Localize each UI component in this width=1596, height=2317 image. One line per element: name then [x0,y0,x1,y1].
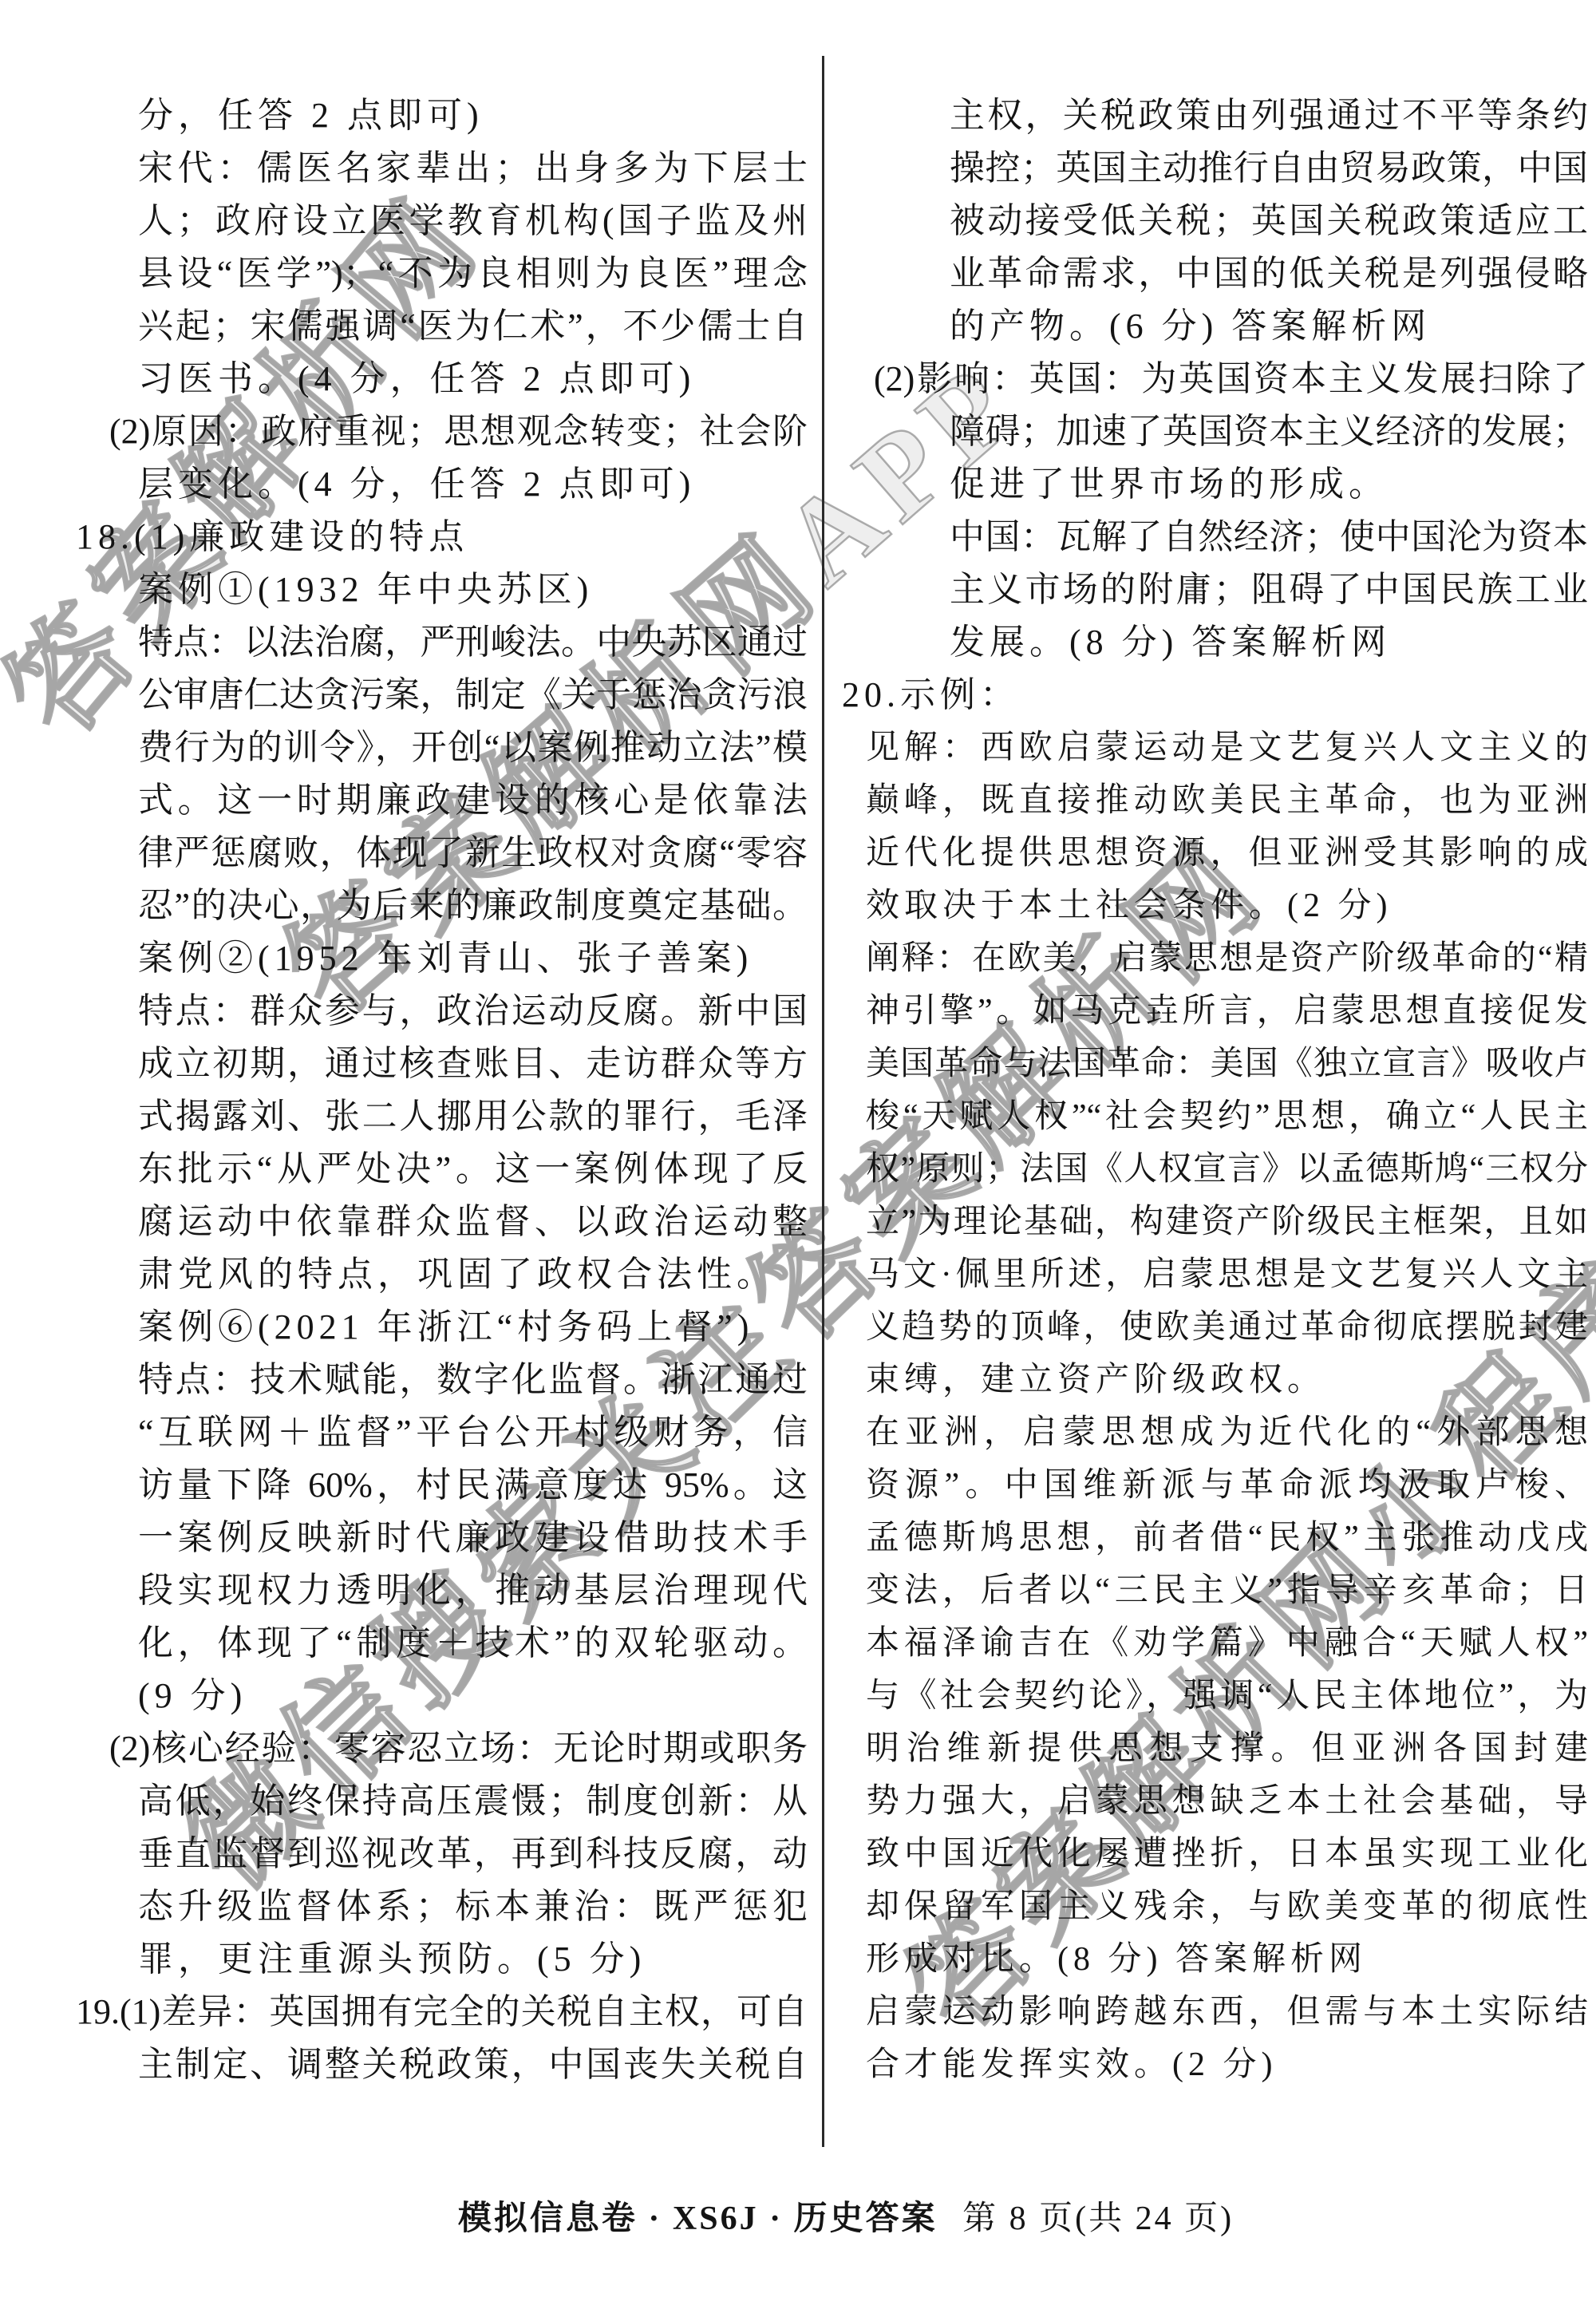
text-line: 特点：以法治腐，严刑峻法。中央苏区通过 [138,616,808,669]
text-line: 阐释：在欧美，启蒙思想是资产阶级革命的“精 [866,932,1588,985]
text-line: 垂直监督到巡视改革，再到科技反腐，动 [138,1828,808,1880]
text-line: 肃党风的特点，巩固了政权合法性。 [138,1248,808,1301]
text-line: 合才能发挥实效。(2 分) [866,2038,1588,2091]
text-line: 成立初期，通过核查账目、走访群众等方 [138,1038,808,1090]
text-line: 案例①(1932 年中央苏区) [138,563,808,616]
text-line: 巅峰，既直接推动欧美民主革命，也为亚洲 [866,774,1588,827]
text-line: 县设“医学”)；“不为良相则为良医”理念 [138,247,808,300]
text-line: 访量下降 60%，村民满意度达 95%。这 [138,1459,808,1512]
text-line: 变法，后者以“三民主义”指导辛亥革命；日 [866,1564,1588,1617]
text-line: 却保留军国主义残余，与欧美变革的彻底性 [866,1880,1588,1933]
footer-title: 模拟信息卷 · XS6J · 历史答案 [458,2200,938,2237]
text-line: 孟德斯鸠思想，前者借“民权”主张推动戊戌 [866,1512,1588,1564]
text-line: 近代化提供思想资源，但亚洲受其影响的成 [866,827,1588,880]
text-line: 20.示例： [842,669,1588,722]
text-line: (2)影响：英国：为英国资本主义发展扫除了 [874,353,1588,405]
text-line: 势力强大，启蒙思想缺乏本土社会基础，导 [866,1775,1588,1828]
text-line: 与《社会契约论》，强调“人民主体地位”，为 [866,1670,1588,1722]
text-line: 启蒙运动影响跨越东西，但需与本土实际结 [866,1986,1588,2038]
text-line: 段实现权力透明化，推动基层治理现代 [138,1564,808,1617]
text-line: 权”原则；法国《人权宣言》以孟德斯鸠“三权分 [866,1143,1588,1196]
text-line: 美国革命与法国革命：美国《独立宣言》吸收卢 [866,1038,1588,1090]
text-line: 被动接受低关税；英国关税政策适应工 [950,195,1588,247]
text-line: 特点：技术赋能，数字化监督。浙江通过 [138,1354,808,1406]
text-line: 致中国近代化屡遭挫折，日本虽实现工业化 [866,1828,1588,1880]
text-line: 形成对比。(8 分) 答案解析网 [866,1933,1588,1986]
text-line: 资源”。中国维新派与革命派均汲取卢梭、 [866,1459,1588,1512]
text-line: 本福泽谕吉在《劝学篇》中融合“天赋人权” [866,1617,1588,1670]
text-line: 业革命需求，中国的低关税是列强侵略 [950,247,1588,300]
text-line: (9 分) [138,1670,808,1722]
text-line: 操控；英国主动推行自由贸易政策，中国 [950,142,1588,195]
text-line: 18.(1)廉政建设的特点 [76,511,808,563]
text-line: 高低，始终保持高压震慑；制度创新：从 [138,1775,808,1828]
text-line: 中国：瓦解了自然经济；使中国沦为资本 [950,511,1588,563]
text-line: 一案例反映新时代廉政建设借助技术手 [138,1512,808,1564]
text-line: 促进了世界市场的形成。 [950,458,1588,511]
page: 答案解析网答案解析网APP微信搜索关注答案解析网答案解析网小程序 分，任答 2 … [0,0,1596,2317]
text-line: 义趋势的顶峰，使欧美通过革命彻底摆脱封建 [866,1301,1588,1354]
text-line: 主义市场的附庸；阻碍了中国民族工业 [950,563,1588,616]
text-line: 腐运动中依靠群众监督、以政治运动整 [138,1196,808,1248]
text-line: “互联网＋监督”平台公开村级财务，信 [138,1406,808,1459]
text-line: 障碍；加速了英国资本主义经济的发展； [950,405,1588,458]
text-line: 的产物。(6 分) 答案解析网 [950,300,1588,353]
text-line: 19.(1)差异：英国拥有完全的关税自主权，可自 [76,1986,808,2038]
text-line: 立”为理论基础，构建资产阶级民主框架，且如 [866,1196,1588,1248]
text-line: 明治维新提供思想支撑。但亚洲各国封建 [866,1722,1588,1775]
text-line: 见解：西欧启蒙运动是文艺复兴人文主义的 [866,722,1588,774]
text-line: 式揭露刘、张二人挪用公款的罪行，毛泽 [138,1090,808,1143]
text-line: 特点：群众参与，政治运动反腐。新中国 [138,985,808,1038]
column-divider [822,56,824,2147]
text-line: 主制定、调整关税政策，中国丧失关税自 [138,2038,808,2091]
text-line: 罪，更注重源头预防。(5 分) [138,1933,808,1986]
text-line: 忍”的决心，为后来的廉政制度奠定基础。 [138,880,808,932]
text-line: 律严惩腐败，体现了新生政权对贪腐“零容 [138,827,808,880]
text-line: 效取决于本土社会条件。(2 分) [866,880,1588,932]
text-line: 东批示“从严处决”。这一案例体现了反 [138,1143,808,1196]
text-line: (2)原因：政府重视；思想观念转变；社会阶 [109,405,808,458]
text-line: 束缚，建立资产阶级政权。 [866,1354,1588,1406]
text-line: 在亚洲，启蒙思想成为近代化的“外部思想 [866,1406,1588,1459]
page-footer: 模拟信息卷 · XS6J · 历史答案 第 8 页(共 24 页) [343,2192,1349,2240]
text-line: 主权，关税政策由列强通过不平等条约 [950,89,1588,142]
footer-page-info: 第 8 页(共 24 页) [962,2200,1234,2237]
text-line: 梭“天赋人权”“社会契约”思想，确立“人民主 [866,1090,1588,1143]
right-column: 主权，关税政策由列强通过不平等条约操控；英国主动推行自由贸易政策，中国被动接受低… [842,89,1588,2091]
left-column: 分，任答 2 点即可)宋代：儒医名家辈出；出身多为下层士人；政府设立医学教育机构… [76,89,808,2091]
text-line: 分，任答 2 点即可) [138,89,808,142]
text-line: 马文·佩里所述，启蒙思想是文艺复兴人文主 [866,1248,1588,1301]
text-line: 层变化。(4 分，任答 2 点即可) [138,458,808,511]
text-line: 发展。(8 分) 答案解析网 [950,616,1588,669]
text-line: 态升级监督体系；标本兼治：既严惩犯 [138,1880,808,1933]
text-line: (2)核心经验：零容忍立场：无论时期或职务 [109,1722,808,1775]
text-line: 案例⑥(2021 年浙江“村务码上督”) [138,1301,808,1354]
text-line: 式。这一时期廉政建设的核心是依靠法 [138,774,808,827]
text-line: 费行为的训令》，开创“以案例推动立法”模 [138,722,808,774]
text-line: 宋代：儒医名家辈出；出身多为下层士 [138,142,808,195]
text-line: 公审唐仁达贪污案，制定《关于惩治贪污浪 [138,669,808,722]
text-line: 化，体现了“制度＋技术”的双轮驱动。 [138,1617,808,1670]
text-line: 习医书。(4 分，任答 2 点即可) [138,353,808,405]
text-line: 神引擎”。如马克垚所言，启蒙思想直接促发 [866,985,1588,1038]
text-line: 案例②(1952 年刘青山、张子善案) [138,932,808,985]
text-line: 兴起；宋儒强调“医为仁术”，不少儒士自 [138,300,808,353]
text-line: 人；政府设立医学教育机构(国子监及州 [138,195,808,247]
